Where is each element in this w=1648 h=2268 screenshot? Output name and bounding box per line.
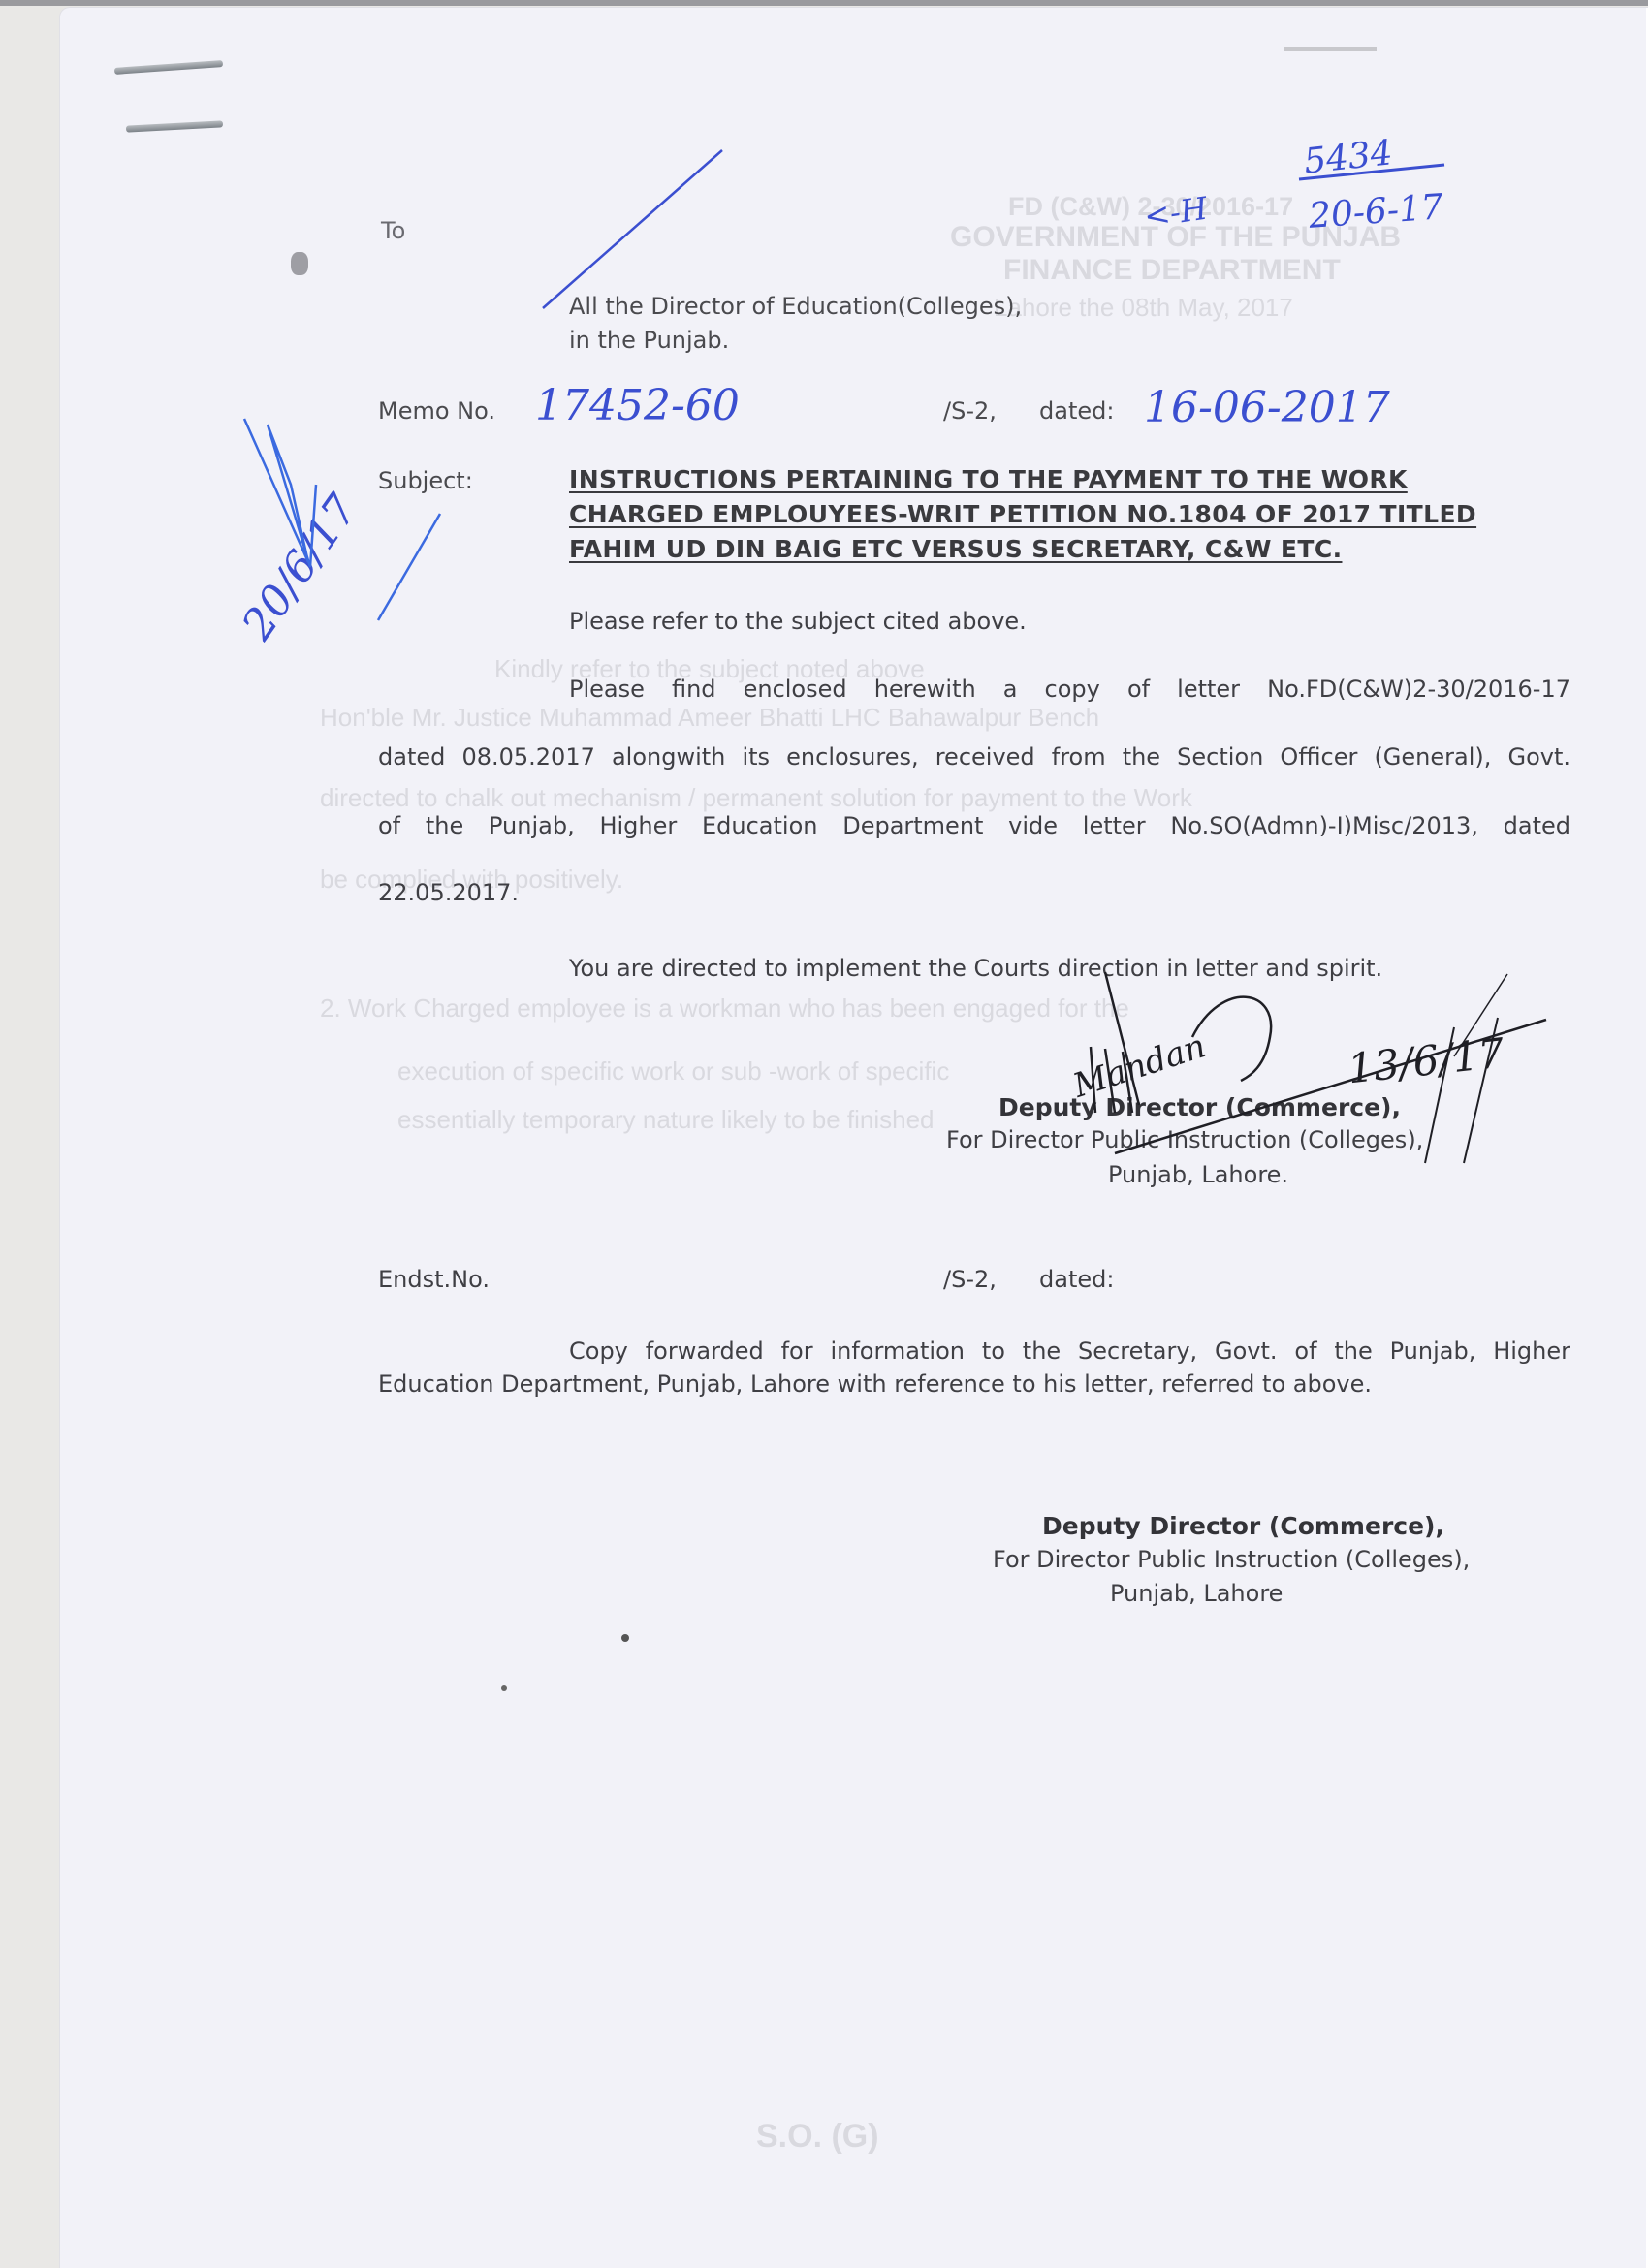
diary-fraction-line — [1299, 165, 1444, 179]
pen-strokes — [0, 0, 1648, 2268]
signature-flourish — [1454, 974, 1507, 1056]
signature-stroke-main — [1091, 972, 1139, 1113]
margin-initials-scribble — [244, 419, 316, 567]
scan-dot — [621, 1634, 629, 1642]
addressee-tick-mark — [543, 150, 722, 308]
margin-slash — [378, 514, 440, 620]
signature-loop — [1192, 997, 1271, 1081]
signature-date-slash-1 — [1425, 1027, 1454, 1163]
scan-dot — [501, 1685, 507, 1691]
